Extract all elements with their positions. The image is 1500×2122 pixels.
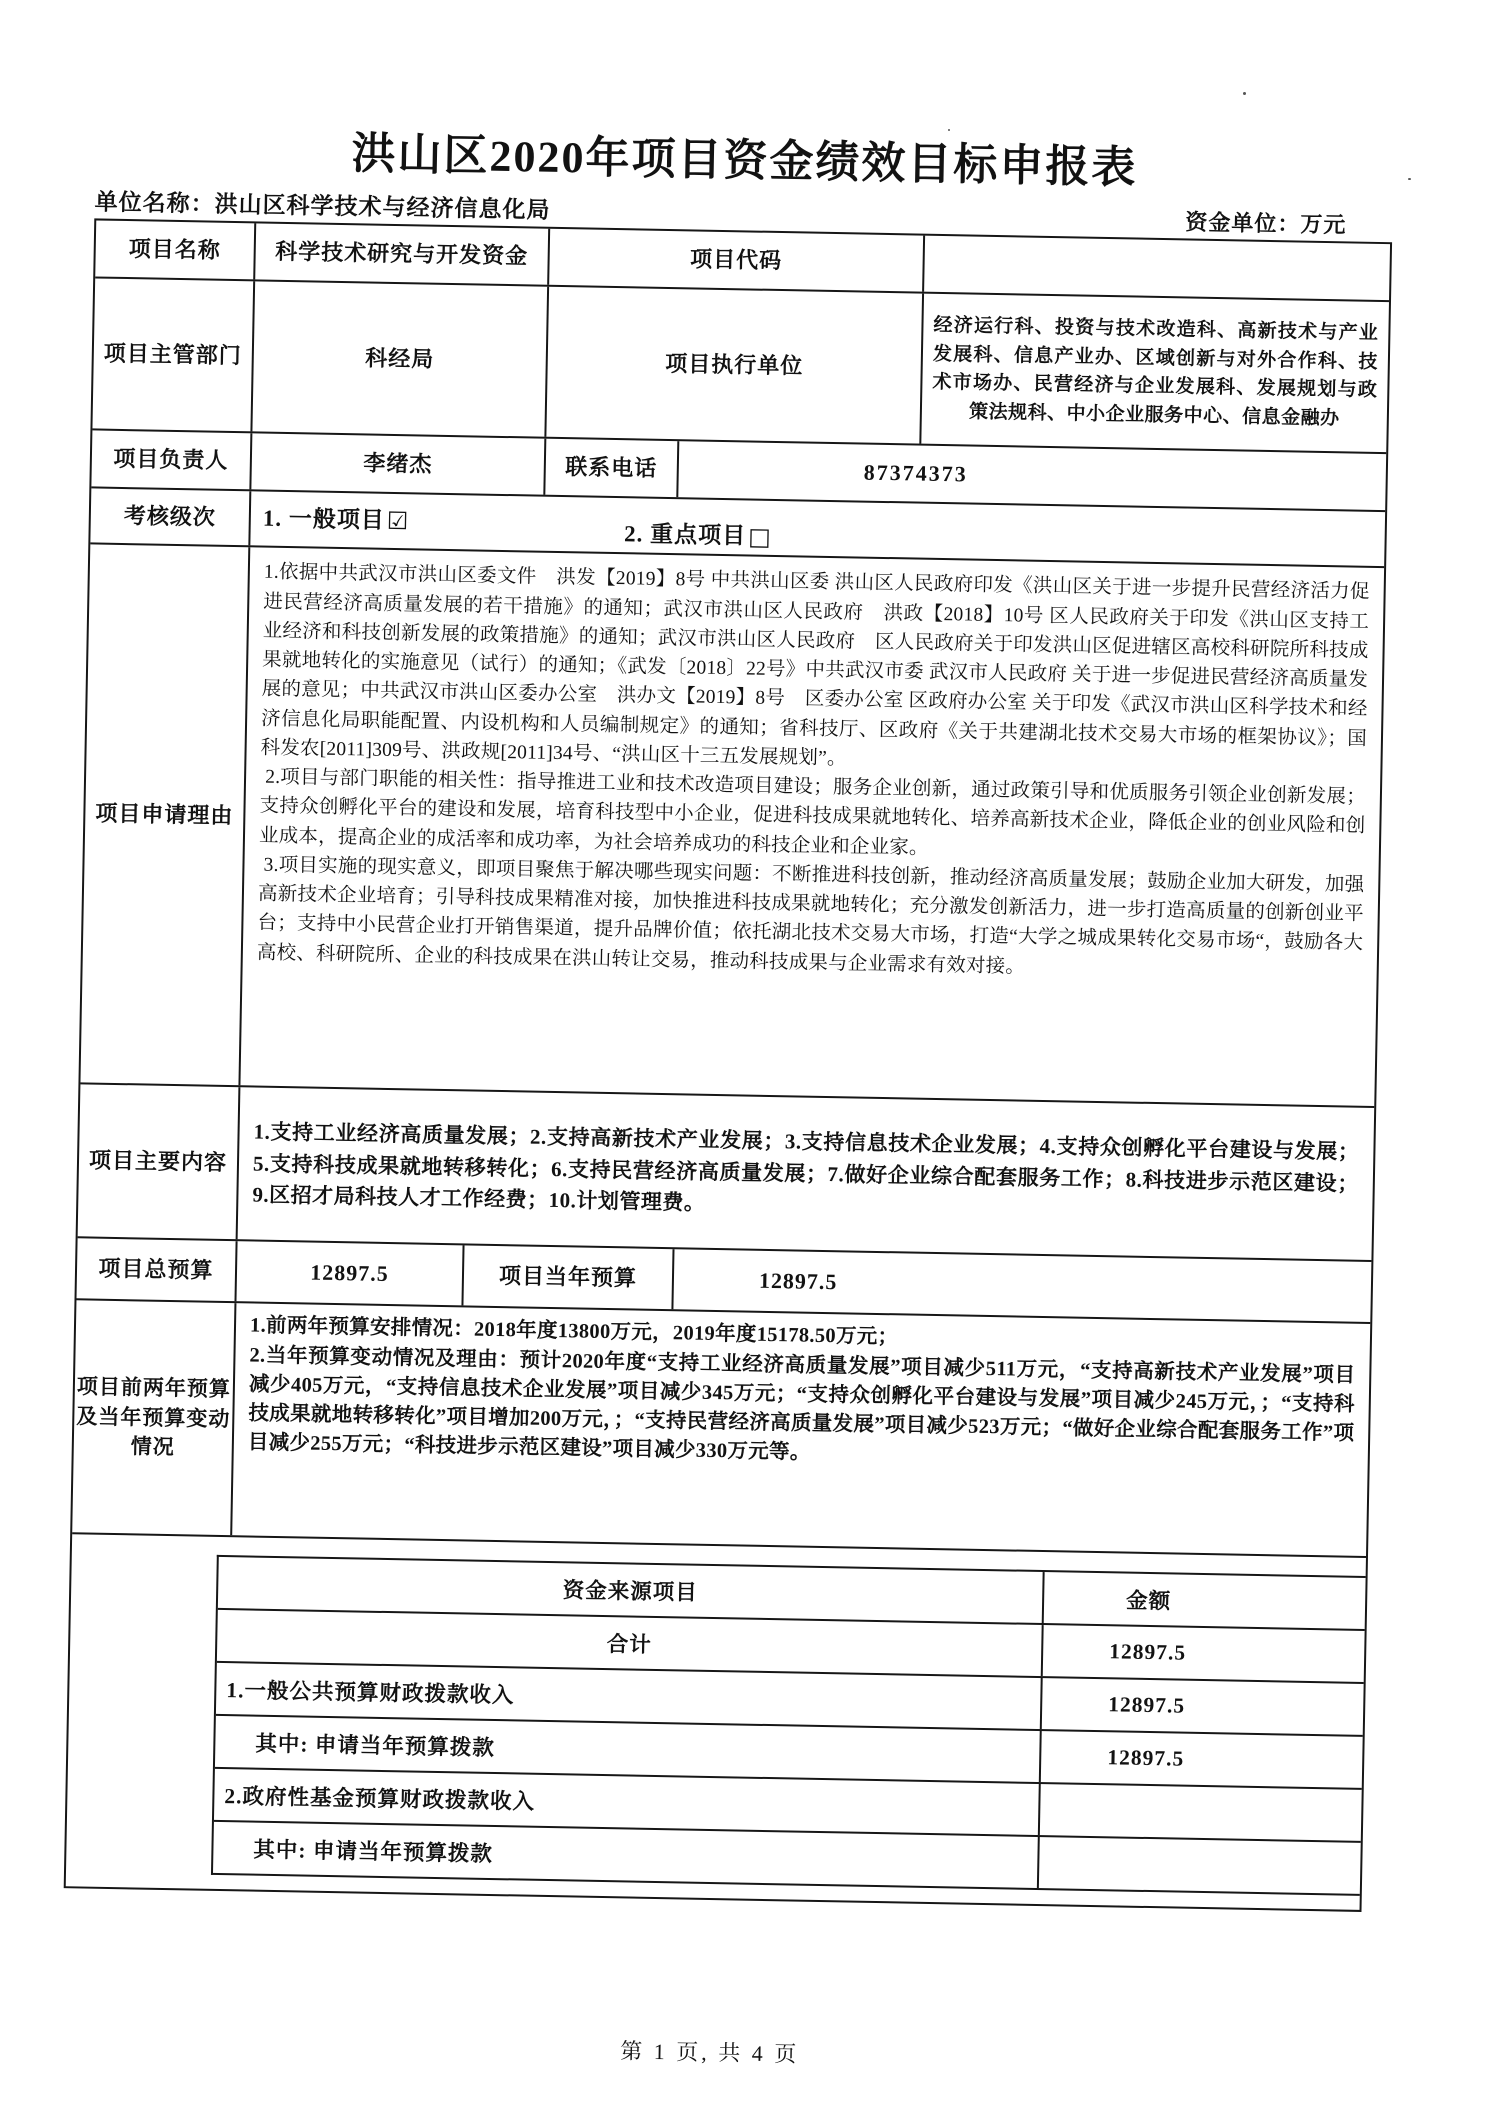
funding-sources-table: 资金来源项目 金额 合计 12897.5 1.一般公共预算财政拨款收入 1289… xyxy=(211,1555,1366,1896)
prior-budget-line-2: 2.当年预算变动情况及理由：预计2020年度“支持工业经济高质量发展”项目减少5… xyxy=(248,1341,1356,1478)
unit-name-label: 单位名称： xyxy=(94,190,214,217)
current-year-budget-label: 项目当年预算 xyxy=(461,1246,672,1310)
page-number-footer: 第 1 页, 共 4 页 xyxy=(61,2025,1359,2080)
phone-label: 联系电话 xyxy=(543,439,677,497)
row-application-reason: 项目申请理由 1.依据中共武汉市洪山区委文件 洪发【2019】8号 中共洪山区委… xyxy=(80,543,1384,1107)
funding-amount: 12897.5 xyxy=(1039,1731,1363,1788)
main-content-label: 项目主要内容 xyxy=(78,1085,239,1240)
grade-option-key: 2. 重点项目 □ xyxy=(624,519,772,553)
leader-value: 李绪杰 xyxy=(249,434,544,495)
checkbox-unchecked-icon: □ xyxy=(748,521,772,553)
project-name-value: 科学技术研究与开发资金 xyxy=(253,224,548,285)
scanned-document-page: 洪山区2020年项目资金绩效目标申报表 单位名称：洪山区科学技术与经济信息化局 … xyxy=(0,0,1500,2122)
reason-label: 项目申请理由 xyxy=(80,545,248,1086)
document-sheet: 洪山区2020年项目资金绩效目标申报表 单位名称：洪山区科学技术与经济信息化局 … xyxy=(61,125,1394,2079)
row-main-content: 项目主要内容 1.支持工业经济高质量发展；2.支持高新技术产业发展；3.支持信息… xyxy=(78,1083,1375,1261)
total-budget-label: 项目总预算 xyxy=(77,1239,236,1302)
leader-label: 项目负责人 xyxy=(91,431,250,490)
exec-unit-label: 项目执行单位 xyxy=(544,287,922,444)
row-department: 项目主管部门 科经局 项目执行单位 经济运行科、投资与技术改造科、高新技术与产业… xyxy=(92,277,1389,453)
grade-option-general-text: 1. 一般项目 xyxy=(263,504,386,536)
current-year-budget-value: 12897.5 xyxy=(671,1250,1371,1323)
row-prior-budget: 项目前两年预算及当年预算变动情况 1.前两年预算安排情况：2018年度13800… xyxy=(72,1299,1370,1557)
reason-paragraph-1: 1.依据中共武汉市洪山区委文件 洪发【2019】8号 中共洪山区委 洪山区人民政… xyxy=(260,558,1370,783)
grade-label: 考核级次 xyxy=(90,489,249,546)
exec-unit-value: 经济运行科、投资与技术改造科、高新技术与产业发展科、信息产业办、区域创新与对外合… xyxy=(919,294,1389,453)
reason-paragraph-3: 3.项目实施的现实意义，即项目聚焦于解决哪些现实问题：不断推进科技创新，推动经济… xyxy=(257,850,1365,987)
prior-budget-content: 1.前两年预算安排情况：2018年度13800万元，2019年度15178.50… xyxy=(230,1304,1370,1557)
dept-label: 项目主管部门 xyxy=(92,279,253,432)
checkbox-checked-icon: ☑ xyxy=(387,506,410,538)
scan-speck xyxy=(948,129,950,131)
row-funding-sources: 资金来源项目 金额 合计 12897.5 1.一般公共预算财政拨款收入 1289… xyxy=(66,1533,1366,1911)
prior-budget-label: 项目前两年预算及当年预算变动情况 xyxy=(72,1301,234,1536)
funding-amount xyxy=(1038,1784,1362,1841)
funding-amount-header: 金额 xyxy=(1042,1572,1366,1629)
fund-unit-note: 资金单位：万元 xyxy=(1185,206,1393,241)
dept-value: 科经局 xyxy=(250,282,547,437)
unit-name-value: 洪山区科学技术与经济信息化局 xyxy=(214,192,550,223)
scan-speck xyxy=(1408,178,1411,180)
total-budget-value: 12897.5 xyxy=(234,1242,462,1306)
funding-amount xyxy=(1037,1837,1361,1894)
main-content-value: 1.支持工业经济高质量发展；2.支持高新技术产业发展；3.支持信息技术企业发展；… xyxy=(236,1088,1375,1261)
project-name-label: 项目名称 xyxy=(95,221,254,280)
reason-content: 1.依据中共武汉市洪山区委文件 洪发【2019】8号 中共洪山区委 洪山区人民政… xyxy=(238,548,1384,1107)
project-code-value xyxy=(922,236,1390,301)
application-form-table: 项目名称 科学技术研究与开发资金 项目代码 项目主管部门 科经局 项目执行单位 … xyxy=(64,219,1392,1913)
funding-amount: 12897.5 xyxy=(1040,1678,1364,1735)
unit-name-line: 单位名称：洪山区科学技术与经济信息化局 xyxy=(94,184,551,225)
grade-option-key-text: 2. 重点项目 xyxy=(624,520,747,552)
scan-speck xyxy=(1243,92,1246,95)
project-code-label: 项目代码 xyxy=(547,229,923,292)
funding-amount: 12897.5 xyxy=(1041,1625,1365,1682)
grade-option-general: 1. 一般项目 ☑ xyxy=(263,503,410,537)
